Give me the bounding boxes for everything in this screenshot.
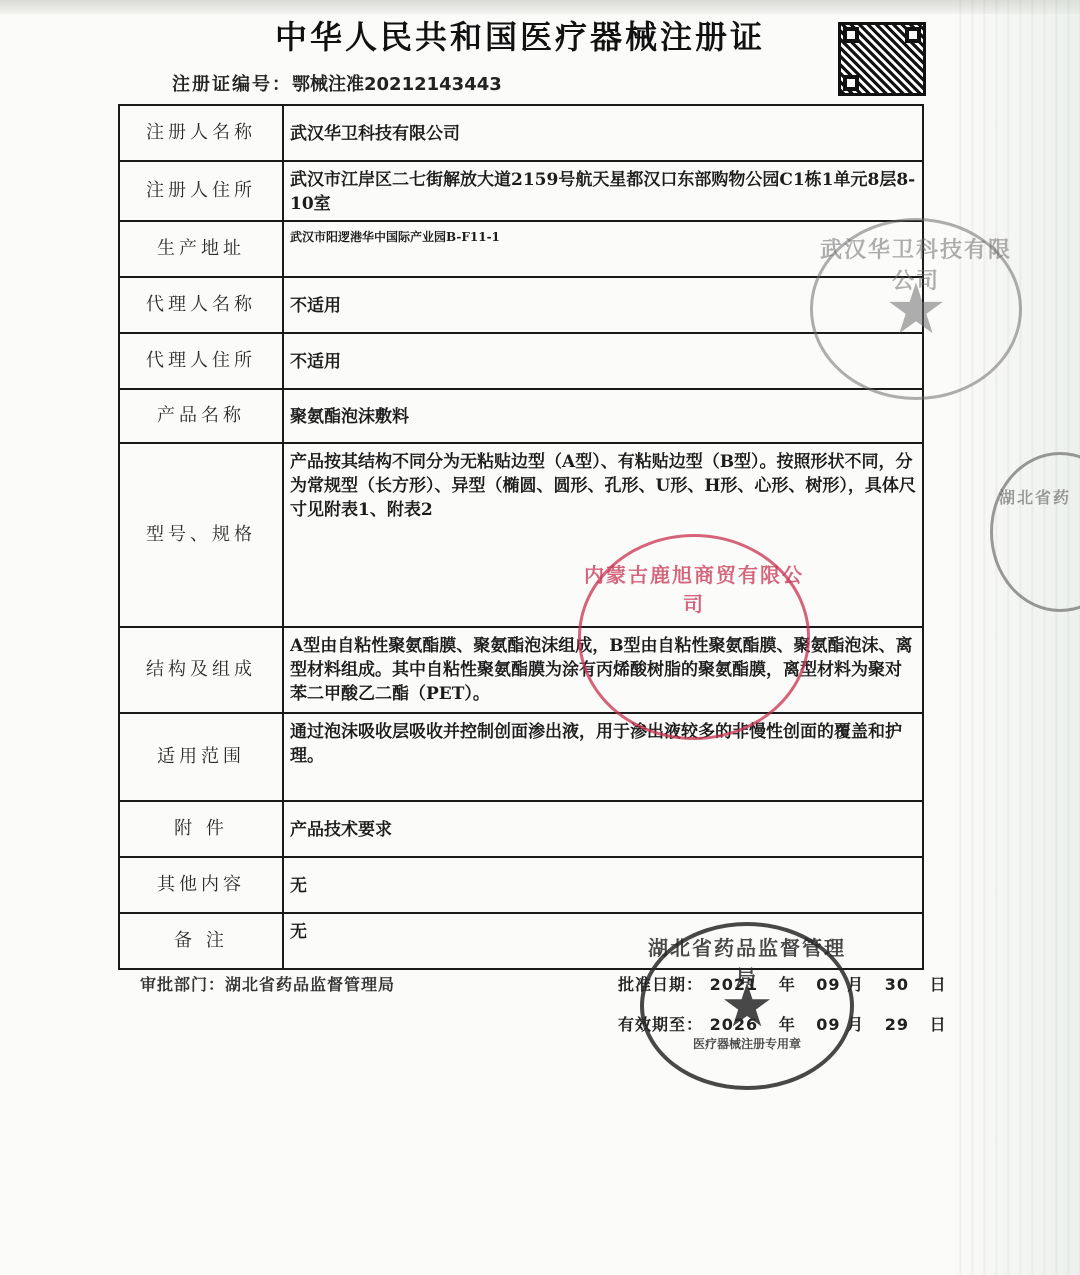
scan-edge-right — [950, 0, 1080, 1275]
table-row: 其他内容 无 — [119, 857, 923, 913]
table-row: 代理人住所 不适用 — [119, 333, 923, 389]
certificate-table: 注册人名称 武汉华卫科技有限公司 注册人住所 武汉市江岸区二七街解放大道2159… — [118, 104, 924, 970]
field-label: 附 件 — [119, 801, 283, 857]
approval-day: 30 — [885, 975, 909, 994]
approval-department: 审批部门：湖北省药品监督管理局 — [140, 972, 395, 995]
field-label: 其他内容 — [119, 857, 283, 913]
registration-number-value: 鄂械注准20212143443 — [292, 74, 502, 95]
registrant-name-value: 武汉华卫科技有限公司 — [283, 105, 923, 161]
other-value: 无 — [283, 857, 923, 913]
table-row: 附 件 产品技术要求 — [119, 801, 923, 857]
table-row: 注册人名称 武汉华卫科技有限公司 — [119, 105, 923, 161]
field-label: 注册人住所 — [119, 161, 283, 221]
table-row: 产品名称 聚氨酯泡沫敷料 — [119, 389, 923, 443]
field-label: 适用范围 — [119, 713, 283, 801]
field-label: 型号、规格 — [119, 443, 283, 627]
field-label: 代理人住所 — [119, 333, 283, 389]
company-seal-stamp: 武汉华卫科技有限公司 ★ — [810, 218, 1022, 400]
table-row: 注册人住所 武汉市江岸区二七街解放大道2159号航天星都汉口东部购物公园C1栋1… — [119, 161, 923, 221]
valid-day: 29 — [885, 1015, 909, 1034]
field-label: 产品名称 — [119, 389, 283, 443]
attachment-value: 产品技术要求 — [283, 801, 923, 857]
approval-department-value: 湖北省药品监督管理局 — [225, 975, 395, 994]
approval-department-label: 审批部门： — [140, 975, 225, 994]
certificate-title: 中华人民共和国医疗器械注册证 — [270, 12, 770, 58]
registration-number: 注册证编号：鄂械注准20212143443 — [172, 70, 502, 96]
field-label: 结构及组成 — [119, 627, 283, 713]
gov-seal-subtext: 医疗器械注册专用章 — [644, 1035, 850, 1052]
field-label: 注册人名称 — [119, 105, 283, 161]
approval-day-unit: 日 — [930, 972, 947, 995]
product-name-value: 聚氨酯泡沫敷料 — [283, 389, 923, 443]
valid-day-unit: 日 — [930, 1012, 947, 1035]
table-row: 生产地址 武汉市阳逻港华中国际产业园B-F11-1 — [119, 221, 923, 277]
field-label: 生产地址 — [119, 221, 283, 277]
partial-seal-text: 湖北省药 — [943, 485, 1080, 508]
government-seal-stamp: 湖北省药品监督管理局 ★ 医疗器械注册专用章 — [640, 922, 854, 1090]
registrant-address-value: 武汉市江岸区二七街解放大道2159号航天星都汉口东部购物公园C1栋1单元8层8-… — [283, 161, 923, 221]
red-company-seal-stamp: 内蒙古鹿旭商贸有限公司 — [578, 534, 810, 740]
qr-code-icon — [838, 22, 926, 96]
gov-seal-text: 湖北省药品监督管理局 — [644, 932, 850, 990]
table-row: 代理人名称 不适用 — [119, 277, 923, 333]
field-label: 代理人名称 — [119, 277, 283, 333]
registration-number-label: 注册证编号： — [172, 74, 292, 95]
field-label: 备 注 — [119, 913, 283, 969]
company-seal-text: 武汉华卫科技有限公司 — [813, 233, 1019, 295]
red-seal-text: 内蒙古鹿旭商贸有限公司 — [581, 559, 807, 617]
scope-value: 通过泡沫吸收层吸收并控制创面渗出液，用于渗出液较多的非慢性创面的覆盖和护理。 — [283, 713, 923, 801]
table-row: 适用范围 通过泡沫吸收层吸收并控制创面渗出液，用于渗出液较多的非慢性创面的覆盖和… — [119, 713, 923, 801]
